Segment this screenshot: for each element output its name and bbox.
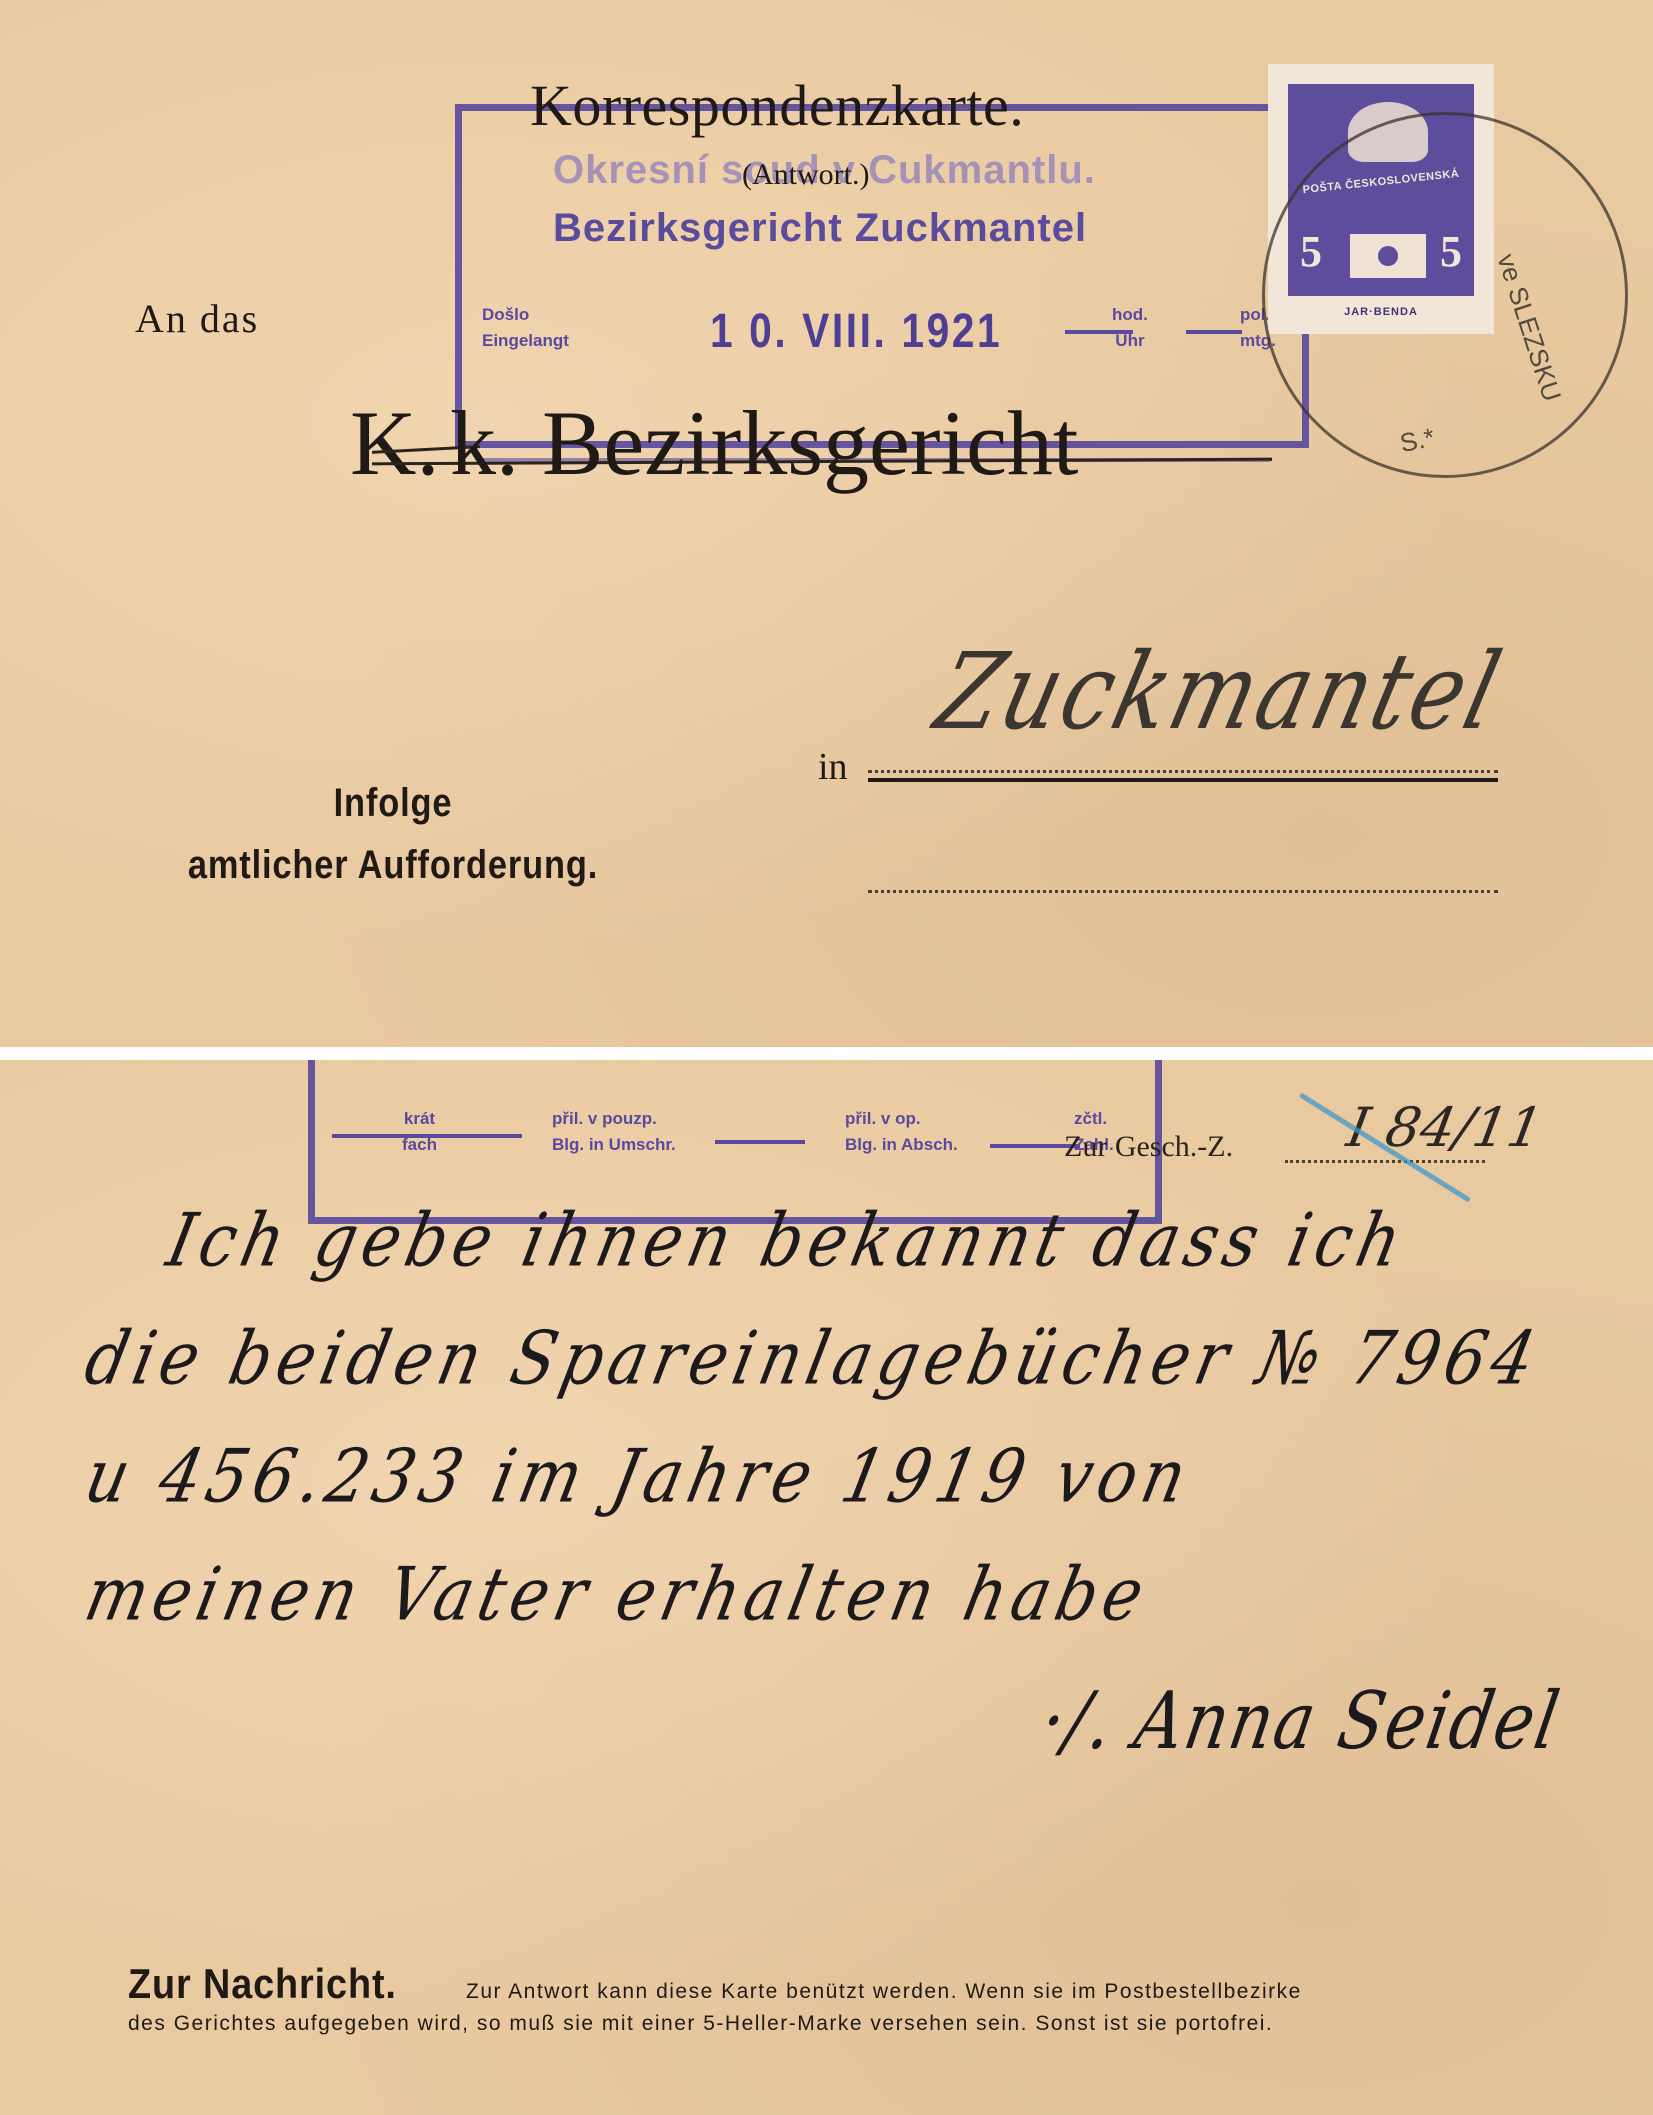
postmark-circle <box>1262 112 1628 478</box>
message-line: meinen Vater erhalten habe <box>78 1553 1156 1638</box>
card-subtitle: (Antwort.) <box>742 158 869 192</box>
address-underline <box>868 778 1498 782</box>
footer-heading: Zur Nachricht. <box>128 1960 432 2008</box>
addressee-prefix-struck: K. <box>350 390 439 496</box>
stamp-dash <box>715 1140 805 1144</box>
footer-line-2: des Gerichtes aufgegeben wird, so muß si… <box>128 2012 1548 2036</box>
signature: ·/. Anna Seidel <box>1035 1675 1567 1767</box>
message-line: die beiden Spareinlagebücher № 7964 <box>78 1317 1548 1402</box>
stamp-dash <box>1186 330 1242 334</box>
stamp-enclosure-copy-field: přil. v op. Blg. in Absch. <box>845 1106 958 1158</box>
stamp-received-label: Došlo Eingelangt <box>482 302 569 354</box>
footer-line-1: Zur Antwort kann diese Karte benützt wer… <box>466 1980 1302 2003</box>
footer-notice: Zur Nachricht.Zur Antwort kann diese Kar… <box>128 1960 1548 2036</box>
stamp-court-german: Bezirksgericht Zuckmantel <box>553 206 1087 251</box>
postcard-back: krát fach přil. v pouzp. Blg. in Umschr.… <box>0 1060 1653 2115</box>
reference-dotted-line <box>1285 1160 1485 1163</box>
city-handwritten: Zuckmantel <box>925 629 1514 753</box>
address-dotted-line <box>868 770 1498 773</box>
card-title: Korrespondenzkarte. <box>530 72 1024 139</box>
postcard-front: Korrespondenzkarte. Okresní soud v Cukma… <box>0 0 1653 1047</box>
stamp-count-field: krát fach <box>402 1106 437 1158</box>
official-request-notice: Infolge amtlicher Aufforderung. <box>135 772 651 896</box>
reference-label: Zur Gesch.-Z. <box>1064 1130 1233 1164</box>
address-dotted-line-2 <box>868 890 1498 893</box>
stamp-date: 1 0. VIII. 1921 <box>710 304 1002 359</box>
addressee-court: k. Bezirksgericht <box>450 390 1078 496</box>
salutation: An das <box>135 295 259 342</box>
stamp-enclosure-envelope-field: přil. v pouzp. Blg. in Umschr. <box>552 1106 676 1158</box>
message-line: u 456.233 im Jahre 1919 von <box>78 1435 1199 1520</box>
stamp-hour-field: hod. Uhr <box>1112 302 1148 354</box>
reference-number: I 84/11 <box>1342 1096 1547 1159</box>
in-label: in <box>818 745 848 789</box>
message-line: Ich gebe ihnen bekannt dass ich <box>160 1199 1414 1284</box>
